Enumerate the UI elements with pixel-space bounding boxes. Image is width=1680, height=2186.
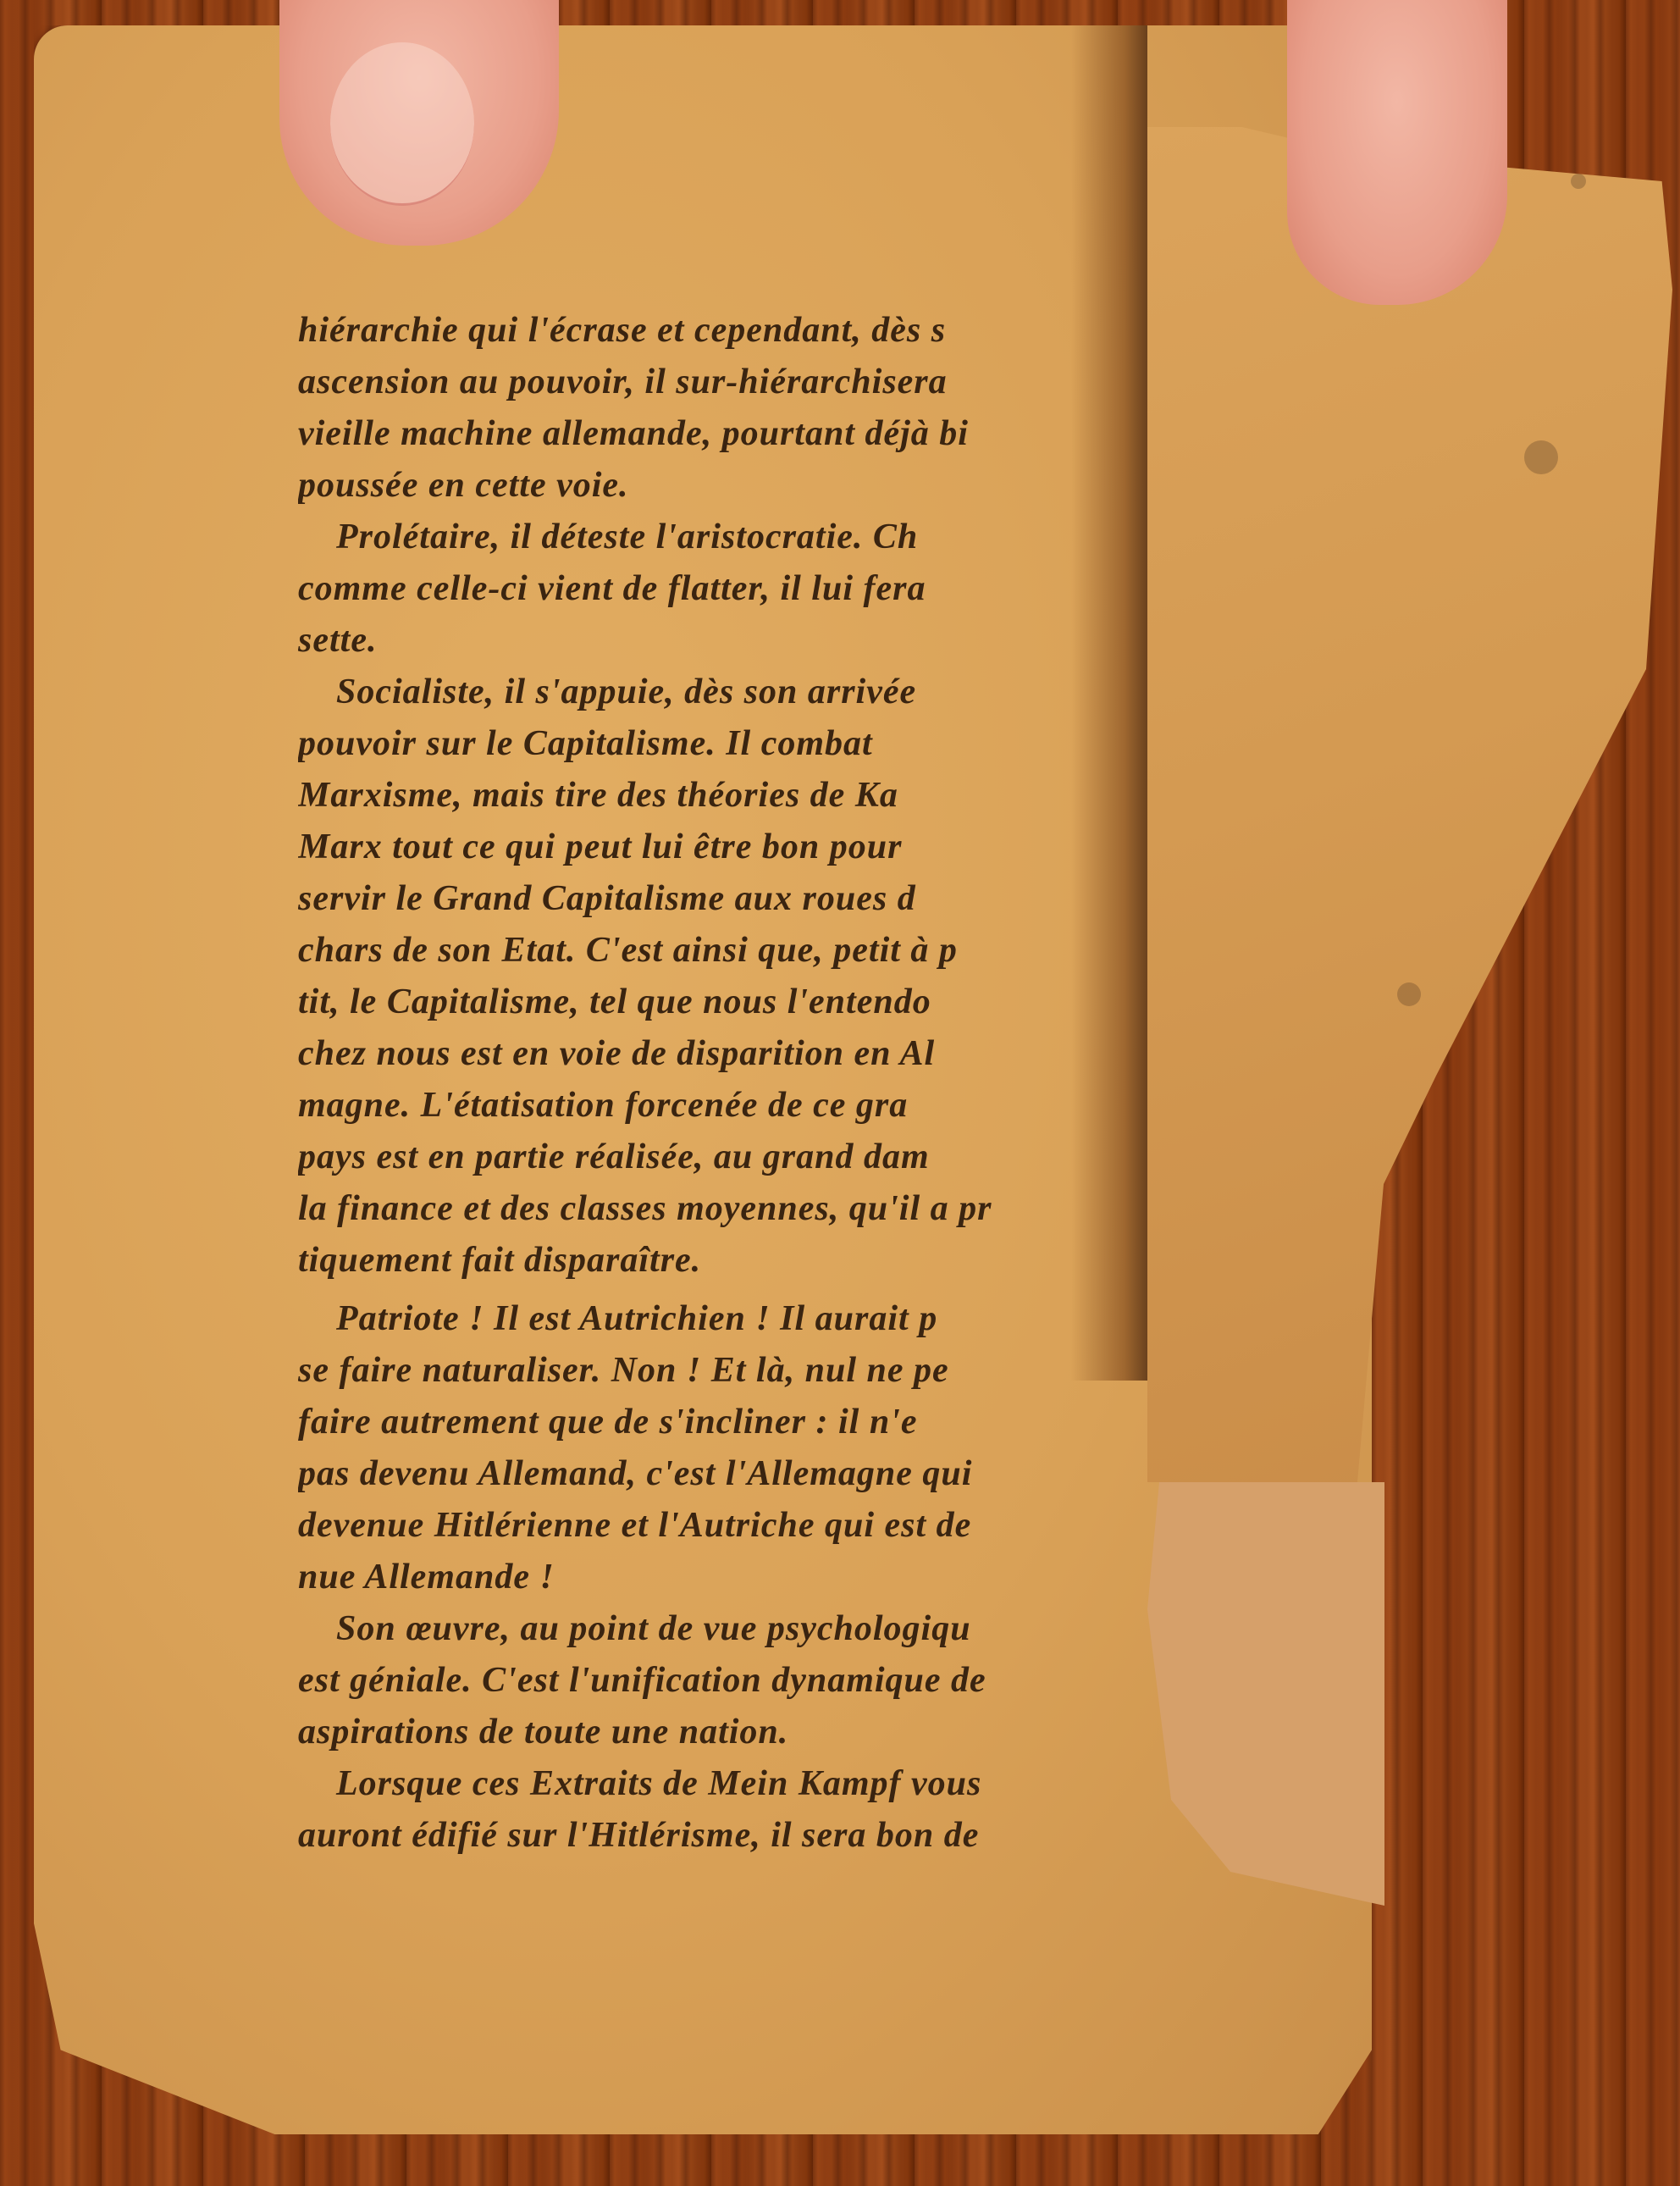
text-line: Patriote ! Il est Autrichien ! Il aurait… <box>298 1293 1145 1345</box>
text-line: chez nous est en voie de disparition en … <box>298 1028 1145 1080</box>
text-line: comme celle-ci vient de flatter, il lui … <box>298 563 1145 615</box>
paper-stain <box>1524 440 1558 474</box>
text-line: nue Allemande ! <box>298 1552 1145 1603</box>
text-line: tiquement fait disparaître. <box>298 1235 1145 1287</box>
page-text: hiérarchie qui l'écrase et cependant, dè… <box>298 305 1145 1862</box>
text-line: magne. L'étatisation forcenée de ce gra <box>298 1080 1145 1132</box>
text-line: aspirations de toute une nation. <box>298 1707 1196 1758</box>
paper-stain <box>1397 982 1421 1006</box>
text-line: est géniale. C'est l'unification dynamiq… <box>298 1655 1196 1707</box>
text-line: tit, le Capitalisme, tel que nous l'ente… <box>298 977 1145 1028</box>
text-line: servir le Grand Capitalisme aux roues d <box>298 873 1145 925</box>
right-finger <box>1287 0 1507 305</box>
text-line: la finance et des classes moyennes, qu'i… <box>298 1183 1145 1235</box>
text-line: Prolétaire, il déteste l'aristocratie. C… <box>298 512 1145 563</box>
text-line: poussée en cette voie. <box>298 460 1145 512</box>
text-line: auront édifié sur l'Hitlérisme, il sera … <box>298 1810 1196 1862</box>
text-line: faire autrement que de s'incliner : il n… <box>298 1397 1145 1448</box>
text-line: pays est en partie réalisée, au grand da… <box>298 1132 1145 1183</box>
text-line: se faire naturaliser. Non ! Et là, nul n… <box>298 1345 1145 1397</box>
text-line: Marx tout ce qui peut lui être bon pour <box>298 822 1145 873</box>
text-line: Marxisme, mais tire des théories de Ka <box>298 770 1145 822</box>
text-line: Socialiste, il s'appuie, dès son arrivée <box>298 667 1145 718</box>
text-line: Lorsque ces Extraits de Mein Kampf vous <box>298 1758 1234 1810</box>
text-line: Son œuvre, au point de vue psychologiqu <box>298 1603 1234 1655</box>
paper-stain <box>1571 174 1586 189</box>
text-line: pouvoir sur le Capitalisme. Il combat <box>298 718 1145 770</box>
text-line: pas devenu Allemand, c'est l'Allemagne q… <box>298 1448 1145 1500</box>
text-line: sette. <box>298 615 1145 667</box>
text-line: hiérarchie qui l'écrase et cependant, dè… <box>298 305 1145 357</box>
text-line: devenue Hitlérienne et l'Autriche qui es… <box>298 1500 1145 1552</box>
text-line: ascension au pouvoir, il sur-hiérarchise… <box>298 357 1145 408</box>
fingernail <box>330 42 474 206</box>
text-line: chars de son Etat. C'est ainsi que, peti… <box>298 925 1145 977</box>
text-line: vieille machine allemande, pourtant déjà… <box>298 408 1145 460</box>
